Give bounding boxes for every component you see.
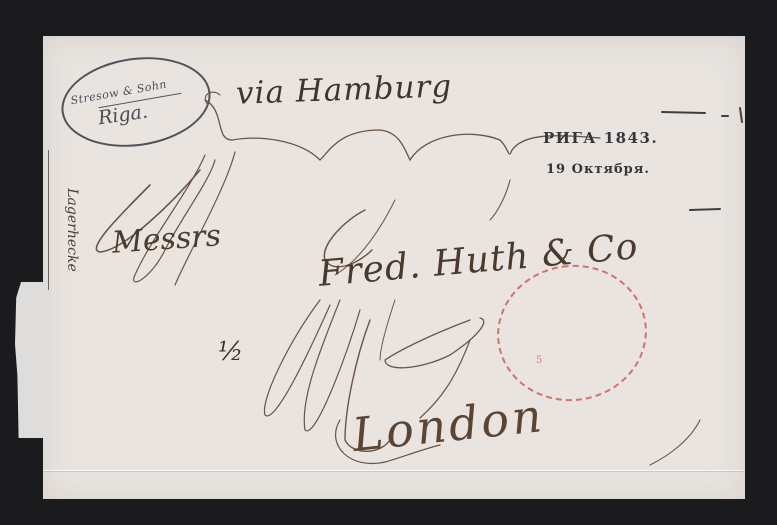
routing-note: via Hamburg bbox=[235, 68, 452, 112]
datestamp-date: 19 Октября. bbox=[546, 162, 650, 177]
datestamp-city-year: РИГА 1843. bbox=[543, 129, 658, 147]
red-postmark-text: 5 bbox=[536, 355, 542, 366]
rate-marking: ½ bbox=[218, 340, 243, 364]
side-docket: Lagerhecke bbox=[64, 188, 80, 272]
